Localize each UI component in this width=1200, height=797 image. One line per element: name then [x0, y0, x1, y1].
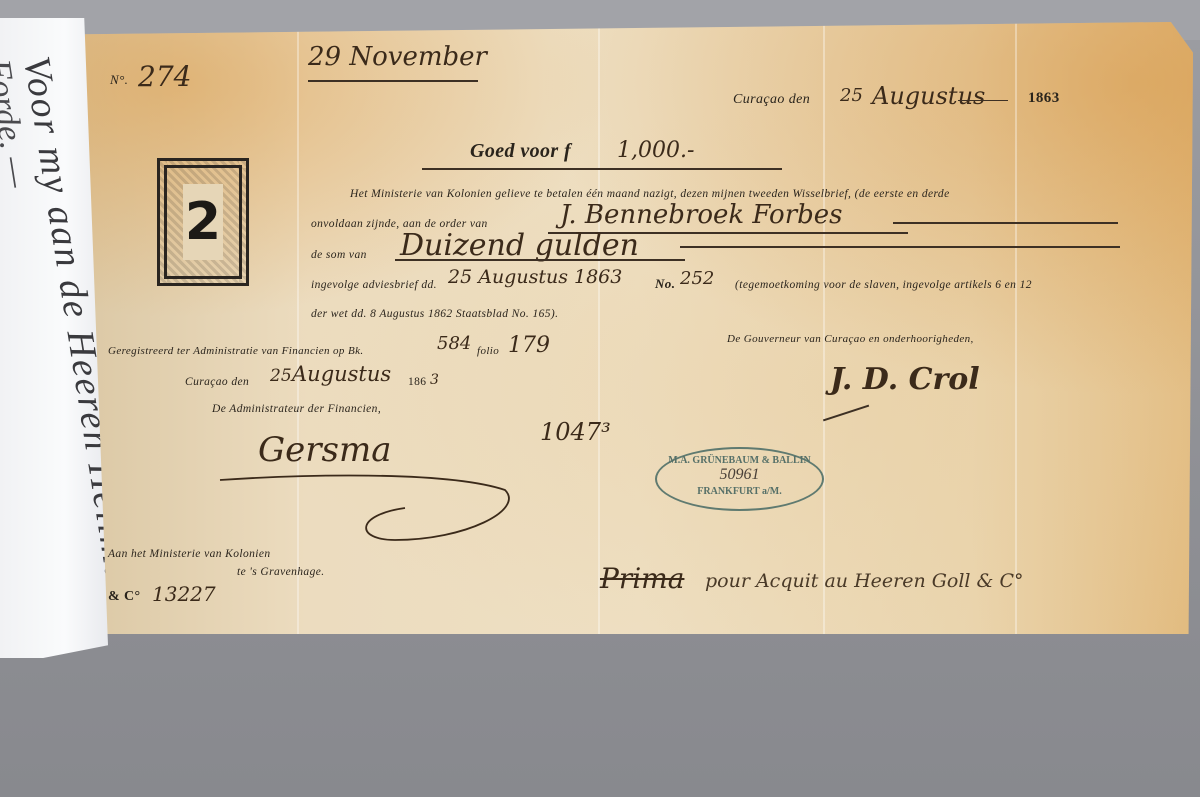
body-line-3: de som van [311, 249, 367, 261]
stamp-bottom-text: FRANKFURT a/M. [657, 486, 822, 497]
body-line-4-rest: (tegemoetkoming voor de slaven, ingevolg… [735, 279, 1032, 291]
fold-line [598, 22, 600, 634]
copy-numeral: 2 [183, 184, 223, 260]
date-year: 1863 [1028, 90, 1060, 107]
sum-in-words: Duizend gulden [400, 228, 639, 263]
administrator-signature: Gersma [258, 430, 392, 470]
bank-stamp: M.A. GRÜNEBAUM & BALLIN 50961 FRANKFURT … [655, 447, 824, 511]
registration-month: Augustus [292, 362, 391, 386]
advice-date: 25 Augustus 1863 [448, 266, 622, 288]
body-line-5: der wet dd. 8 Augustus 1862 Staatsblad N… [311, 308, 558, 320]
advice-no: 252 [680, 268, 714, 289]
bottom-left-number: 13227 [152, 582, 216, 606]
endorsement-struck: Prima [600, 562, 684, 595]
good-for-label: Goed voor f [470, 140, 571, 163]
registration-day: 25 [270, 366, 292, 386]
registration-year: 186 [408, 376, 426, 388]
addressee-line-2: te 's Gravenhage. [237, 566, 325, 578]
good-for-amount: 1,000.- [617, 138, 694, 163]
number-prefix: N°. [110, 72, 128, 88]
fold-line [1015, 22, 1017, 634]
folio-number: 179 [508, 333, 550, 358]
place-label: Curaçao den [733, 92, 810, 108]
endorsement-text: pour Acquit au Heeren Goll & C° [705, 570, 1024, 592]
registration-book: 584 [437, 333, 471, 354]
governor-signature: J. D. Crol [830, 362, 980, 397]
document-number: 274 [138, 60, 191, 93]
dash [958, 100, 1008, 101]
stamp-number: 50961 [657, 466, 822, 484]
signature-flourish [215, 470, 515, 550]
fold-line [823, 22, 825, 634]
bottom-left-company: & C° [108, 589, 140, 605]
body-line-4: ingevolge adviesbrief dd. [311, 279, 437, 291]
registration-place: Curaçao den [185, 376, 249, 388]
registration-year-digit: 3 [430, 372, 439, 388]
addressee-line-1: Aan het Ministerie van Kolonien [108, 548, 271, 560]
underline [893, 222, 1118, 224]
underline [422, 168, 782, 170]
copy-numeral-ornament: 2 [157, 158, 249, 286]
folio-label: folio [477, 345, 499, 357]
date-day: 25 [840, 85, 863, 106]
handwritten-date-top: 29 November [308, 42, 487, 72]
underline [395, 259, 685, 261]
stamp-top-text: M.A. GRÜNEBAUM & BALLIN [657, 455, 822, 466]
date-month: Augustus [872, 82, 985, 110]
payee: J. Bennebroek Forbes [560, 200, 843, 230]
advice-no-label: No. [655, 276, 675, 292]
annotation-number: 1047³ [540, 418, 611, 446]
governor-title: De Gouverneur van Curaçao en onderhoorig… [727, 333, 974, 345]
body-line-1: Het Ministerie van Kolonien gelieve te b… [350, 188, 950, 200]
registration-line: Geregistreerd ter Administratie van Fina… [108, 345, 364, 357]
underline [308, 80, 478, 82]
underline [680, 246, 1120, 248]
administrator-title: De Administrateur der Financien, [212, 403, 381, 415]
